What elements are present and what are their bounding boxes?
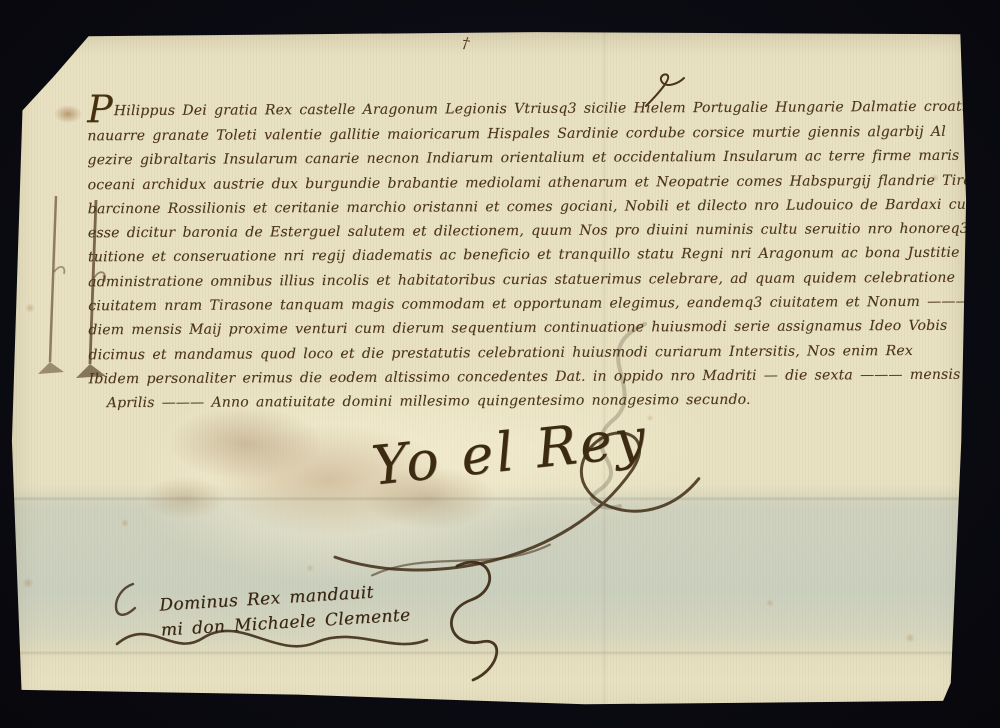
invocation-cross-icon: † (461, 34, 471, 53)
body-line-text: Hilippus Dei gratia Rex castelle Aragonu… (114, 99, 975, 120)
manuscript-page: † PHilippus Dei gratia Rex castelle Arag… (10, 28, 968, 716)
body-line: Ibidem personaliter erimus die eodem alt… (89, 363, 957, 392)
body-line: Aprilis ——— Anno anatiuitate domini mill… (89, 387, 957, 416)
secretary-rubric-flourish (105, 548, 525, 688)
letter-body: PHilippus Dei gratia Rex castelle Aragon… (87, 90, 957, 416)
body-line: PHilippus Dei gratia Rex castelle Aragon… (87, 90, 955, 125)
photo-background: † PHilippus Dei gratia Rex castelle Arag… (0, 0, 1000, 728)
